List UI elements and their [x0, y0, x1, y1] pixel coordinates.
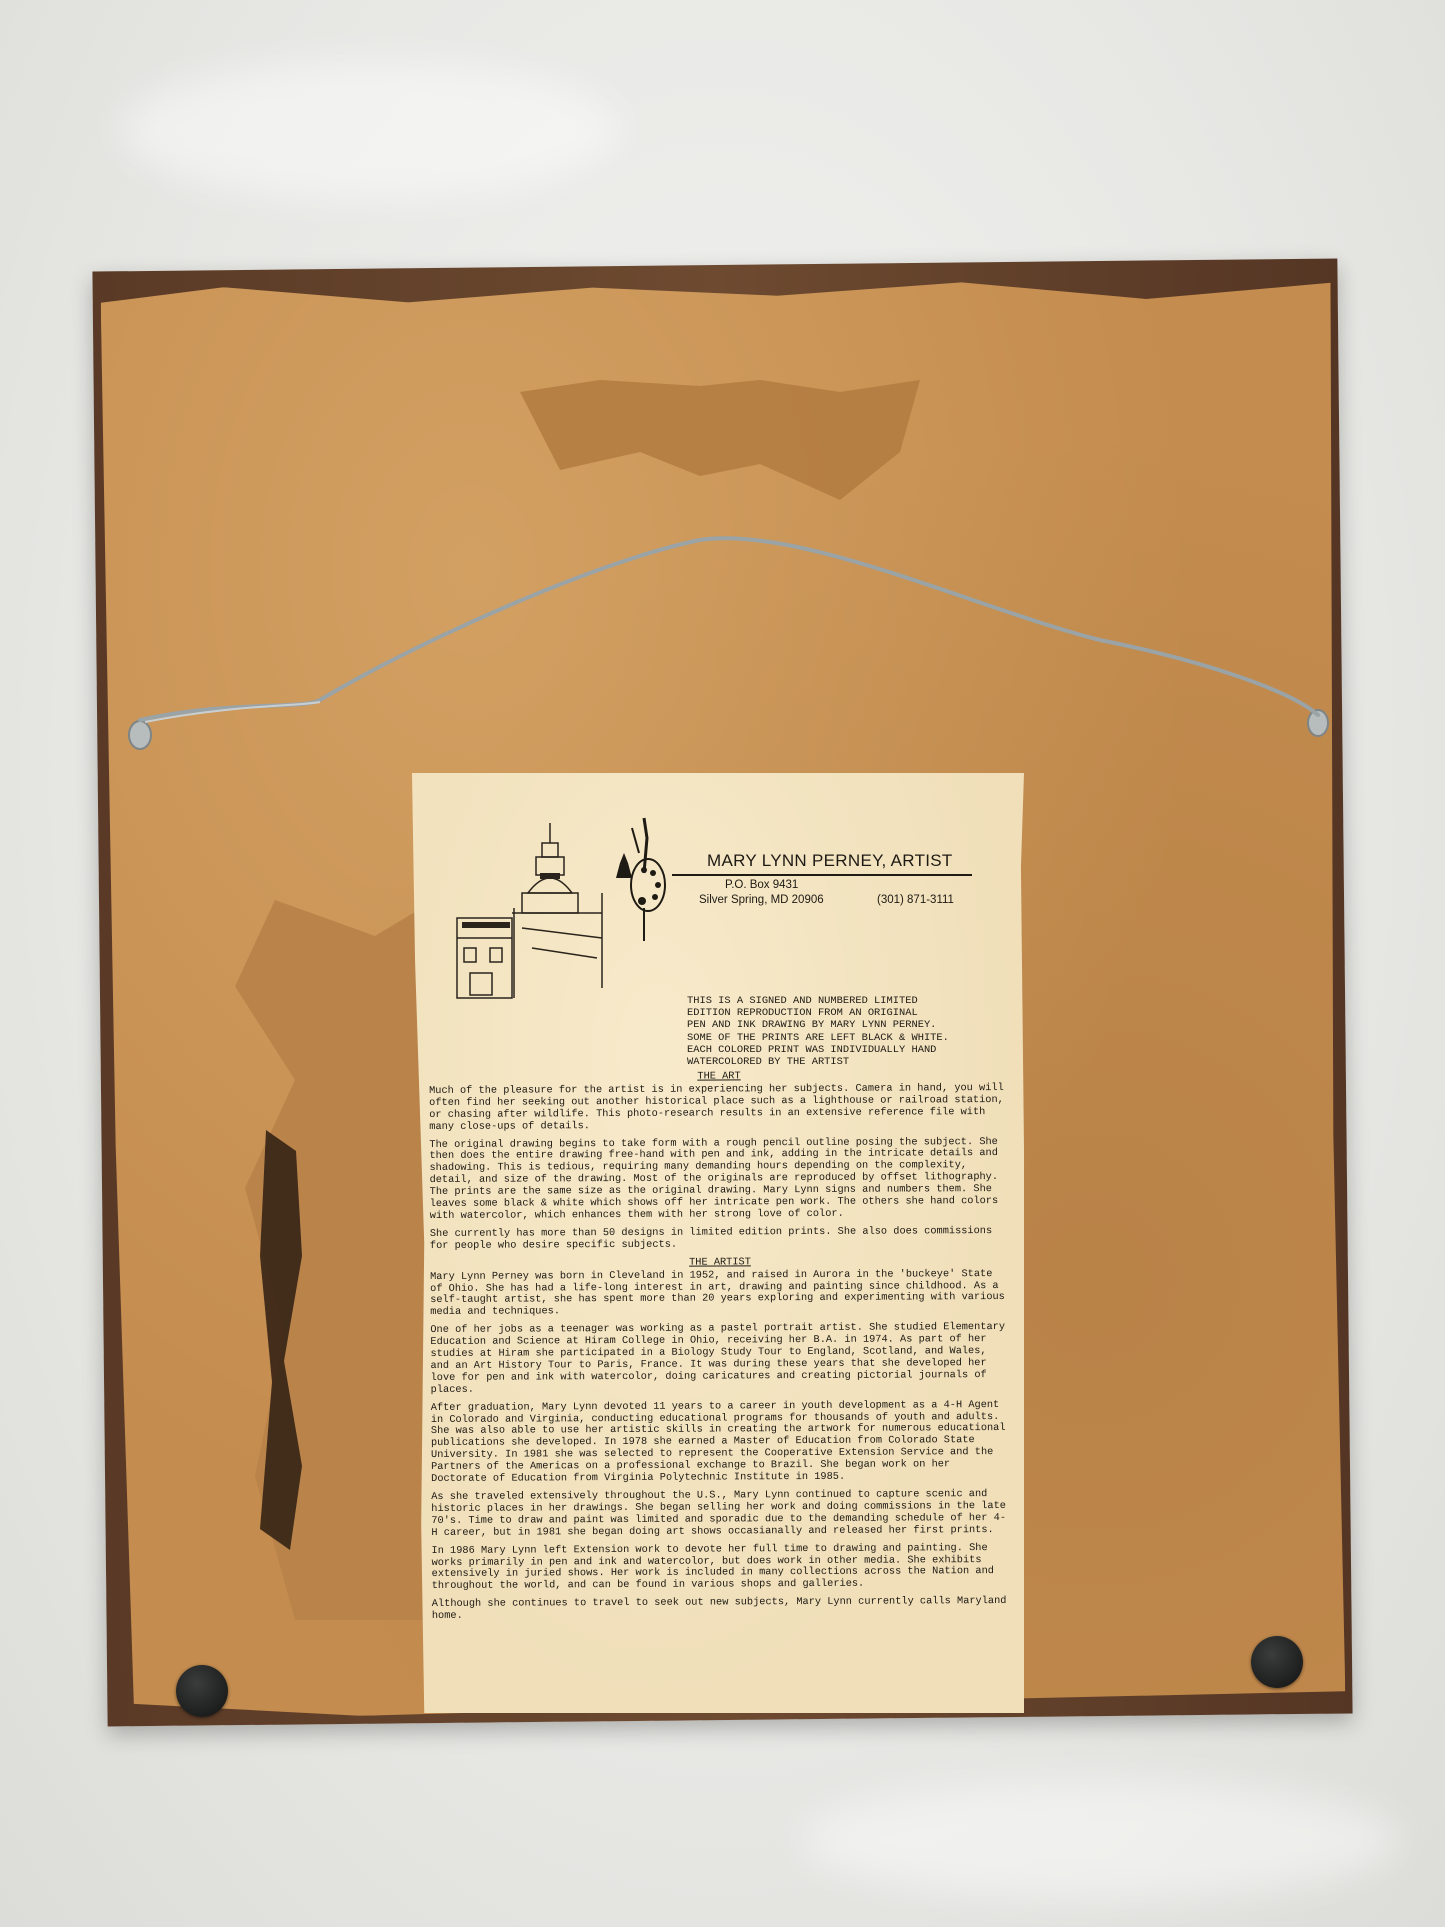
paragraph: Although she continues to travel to seek… [432, 1596, 1012, 1623]
city-state-zip: Silver Spring, MD 20906 [699, 894, 824, 906]
artist-bio-sheet: MARY LYNN PERNEY, ARTIST P.O. Box 9431 S… [412, 773, 1024, 1713]
paragraph: After graduation, Mary Lynn devoted 11 y… [431, 1400, 1011, 1486]
letterhead-divider [672, 874, 972, 876]
bumper-pad-icon [176, 1665, 228, 1717]
palette-brushes-icon [614, 813, 674, 943]
building-sketch-icon [452, 818, 622, 1008]
phone-number: (301) 871-3111 [877, 894, 954, 906]
paragraph: One of her jobs as a teenager was workin… [430, 1322, 1010, 1396]
artist-name: MARY LYNN PERNEY, ARTIST [707, 851, 953, 871]
section-the-art: THE ART Much of the pleasure for the art… [429, 1070, 1010, 1253]
po-box: P.O. Box 9431 [725, 879, 798, 891]
biography-body: THE ART Much of the pleasure for the art… [429, 1070, 1012, 1629]
paragraph: The original drawing begins to take form… [429, 1136, 1009, 1222]
section-the-artist: THE ARTIST Mary Lynn Perney was born in … [430, 1256, 1012, 1623]
paragraph: Mary Lynn Perney was born in Cleveland i… [430, 1269, 1010, 1320]
paragraph: She currently has more than 50 designs i… [430, 1226, 1010, 1253]
paragraph: Much of the pleasure for the artist is i… [429, 1083, 1009, 1134]
paragraph: As she traveled extensively throughout t… [431, 1489, 1011, 1540]
paragraph: In 1986 Mary Lynn left Extension work to… [431, 1543, 1011, 1594]
bumper-pad-icon [1251, 1636, 1303, 1688]
eye-hook-left-icon [129, 721, 151, 749]
limited-edition-notice: THIS IS A SIGNED AND NUMBERED LIMITED ED… [687, 995, 1017, 1068]
